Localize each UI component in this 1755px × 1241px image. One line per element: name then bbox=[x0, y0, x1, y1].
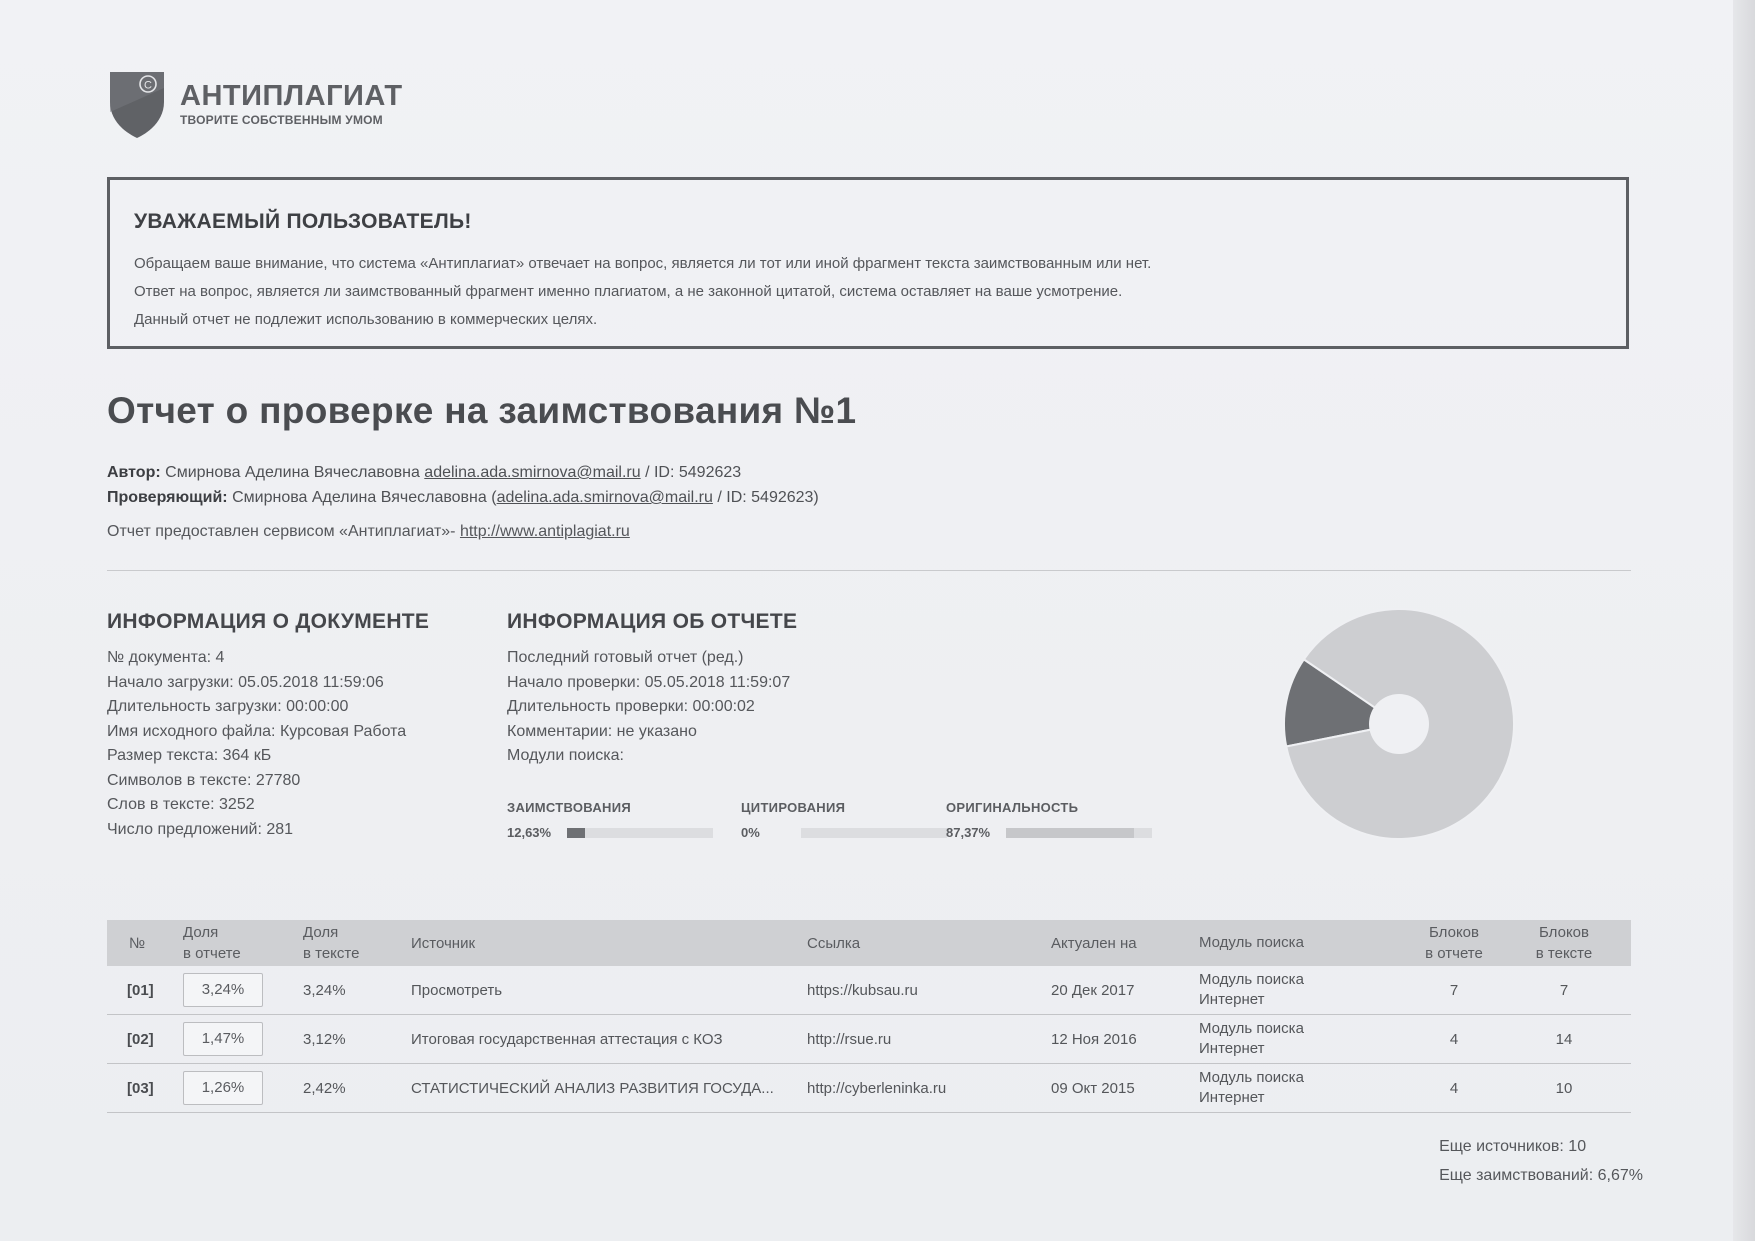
more-summary: Еще источников: 10 Еще заимствований: 6,… bbox=[1439, 1132, 1643, 1190]
search-module: Модуль поискаИнтернет bbox=[1199, 970, 1399, 1010]
blocks-in-text: 10 bbox=[1509, 1080, 1619, 1097]
stat-value: 12,63% bbox=[507, 825, 567, 840]
col-actual: Актуален на bbox=[1051, 935, 1199, 952]
service-text: Отчет предоставлен сервисом «Антиплагиат… bbox=[107, 523, 456, 540]
notice-line: Обращаем ваше внимание, что система «Ант… bbox=[134, 250, 1602, 278]
url-link[interactable]: http://rsue.ru bbox=[807, 1031, 1051, 1048]
svg-text:C: C bbox=[144, 80, 152, 92]
report-info-line: Модули поиска: bbox=[507, 744, 797, 769]
blocks-in-report: 7 bbox=[1399, 982, 1509, 999]
document-info-line: № документа: 4 bbox=[107, 646, 429, 671]
col-blocks-report: Блоковв отчете bbox=[1399, 922, 1509, 964]
stat-progress-fill bbox=[1006, 828, 1134, 838]
url-link[interactable]: http://cyberleninka.ru bbox=[807, 1080, 1051, 1097]
row-number: [03] bbox=[107, 1080, 183, 1097]
user-notice-box: УВАЖАЕМЫЙ ПОЛЬЗОВАТЕЛЬ! Обращаем ваше вн… bbox=[107, 177, 1629, 349]
logo-title: АНТИПЛАГИАТ bbox=[180, 81, 403, 111]
share-text: 2,42% bbox=[303, 1080, 411, 1097]
document-info-line: Размер текста: 364 кБ bbox=[107, 744, 429, 769]
report-page: C АНТИПЛАГИАТ ТВОРИТЕ СОБСТВЕННЫМ УМОМ У… bbox=[0, 0, 1755, 1241]
col-share-report: Доляв отчете bbox=[183, 922, 303, 964]
checker-line: Проверяющий: Смирнова Аделина Вячеславов… bbox=[107, 485, 819, 510]
sources-table: № Доляв отчете Доляв тексте Источник Ссы… bbox=[107, 920, 1631, 1113]
search-module: Модуль поискаИнтернет bbox=[1199, 1019, 1399, 1059]
more-sources: Еще источников: 10 bbox=[1439, 1132, 1643, 1161]
checker-email-link[interactable]: adelina.ada.smirnova@mail.ru bbox=[497, 489, 713, 506]
stat-label: ЦИТИРОВАНИЯ bbox=[741, 800, 947, 815]
actual-date: 12 Ноя 2016 bbox=[1051, 1031, 1199, 1048]
document-info-line: Длительность загрузки: 00:00:00 bbox=[107, 695, 429, 720]
share-report-box[interactable]: 1,26% bbox=[183, 1071, 263, 1105]
document-info-section: ИНФОРМАЦИЯ О ДОКУМЕНТЕ № документа: 4Нач… bbox=[107, 610, 429, 842]
notice-heading: УВАЖАЕМЫЙ ПОЛЬЗОВАТЕЛЬ! bbox=[134, 210, 1602, 234]
notice-line: Ответ на вопрос, является ли заимствован… bbox=[134, 278, 1602, 306]
checker-label: Проверяющий: bbox=[107, 489, 228, 506]
col-blocks-text: Блоковв тексте bbox=[1509, 922, 1619, 964]
table-row[interactable]: [02]1,47%3,12%Итоговая государственная а… bbox=[107, 1015, 1631, 1064]
notice-line: Данный отчет не подлежит использованию в… bbox=[134, 306, 1602, 334]
row-number: [01] bbox=[107, 982, 183, 999]
col-share-text: Доляв тексте bbox=[303, 922, 411, 964]
stat-1: ЦИТИРОВАНИЯ0% bbox=[741, 800, 947, 840]
share-report-box[interactable]: 1,47% bbox=[183, 1022, 263, 1056]
search-module: Модуль поискаИнтернет bbox=[1199, 1068, 1399, 1108]
service-line: Отчет предоставлен сервисом «Антиплагиат… bbox=[107, 523, 630, 541]
report-info-line: Комментарии: не указано bbox=[507, 720, 797, 745]
share-text: 3,24% bbox=[303, 982, 411, 999]
table-row[interactable]: [03]1,26%2,42%СТАТИСТИЧЕСКИЙ АНАЛИЗ РАЗВ… bbox=[107, 1064, 1631, 1113]
document-info-line: Имя исходного файла: Курсовая Работа bbox=[107, 720, 429, 745]
col-number: № bbox=[107, 935, 183, 952]
col-link: Ссылка bbox=[807, 935, 1051, 952]
stat-value: 87,37% bbox=[946, 825, 1006, 840]
checker-name: Смирнова Аделина Вячеславовна ( bbox=[232, 489, 496, 506]
originality-donut-chart bbox=[1283, 608, 1515, 840]
source-link[interactable]: СТАТИСТИЧЕСКИЙ АНАЛИЗ РАЗВИТИЯ ГОСУДА... bbox=[411, 1080, 807, 1097]
stat-label: ОРИГИНАЛЬНОСТЬ bbox=[946, 800, 1152, 815]
author-id: / ID: 5492623 bbox=[645, 464, 741, 481]
col-source: Источник bbox=[411, 935, 807, 952]
antiplagiat-logo: C АНТИПЛАГИАТ ТВОРИТЕ СОБСТВЕННЫМ УМОМ bbox=[108, 68, 403, 140]
document-info-line: Число предложений: 281 bbox=[107, 818, 429, 843]
report-info-line: Начало проверки: 05.05.2018 11:59:07 bbox=[507, 671, 797, 696]
author-line: Автор: Смирнова Аделина Вячеславовна ade… bbox=[107, 460, 819, 485]
document-info-heading: ИНФОРМАЦИЯ О ДОКУМЕНТЕ bbox=[107, 610, 429, 634]
report-info-section: ИНФОРМАЦИЯ ОБ ОТЧЕТЕ Последний готовый о… bbox=[507, 610, 797, 769]
report-info-line: Последний готовый отчет (ред.) bbox=[507, 646, 797, 671]
copyright-shield-icon: C bbox=[108, 68, 166, 140]
report-info-line: Длительность проверки: 00:00:02 bbox=[507, 695, 797, 720]
donut-hole bbox=[1369, 694, 1429, 754]
actual-date: 09 Окт 2015 bbox=[1051, 1080, 1199, 1097]
stat-progress-bar bbox=[567, 828, 713, 838]
blocks-in-report: 4 bbox=[1399, 1031, 1509, 1048]
logo-subtitle: ТВОРИТЕ СОБСТВЕННЫМ УМОМ bbox=[180, 113, 403, 127]
blocks-in-report: 4 bbox=[1399, 1080, 1509, 1097]
stat-label: ЗАИМСТВОВАНИЯ bbox=[507, 800, 713, 815]
share-text: 3,12% bbox=[303, 1031, 411, 1048]
stat-2: ОРИГИНАЛЬНОСТЬ87,37% bbox=[946, 800, 1152, 840]
report-title: Отчет о проверке на заимствования №1 bbox=[107, 390, 856, 432]
author-name: Смирнова Аделина Вячеславовна bbox=[165, 464, 420, 481]
stat-progress-fill bbox=[567, 828, 585, 838]
table-row[interactable]: [01]3,24%3,24%Просмотретьhttps://kubsau.… bbox=[107, 966, 1631, 1015]
stat-progress-bar bbox=[1006, 828, 1152, 838]
source-link[interactable]: Итоговая государственная аттестация с КО… bbox=[411, 1031, 807, 1048]
actual-date: 20 Дек 2017 bbox=[1051, 982, 1199, 999]
more-borrowings: Еще заимствований: 6,67% bbox=[1439, 1161, 1643, 1190]
col-module: Модуль поиска bbox=[1199, 933, 1399, 953]
report-meta: Автор: Смирнова Аделина Вячеславовна ade… bbox=[107, 460, 819, 510]
stat-0: ЗАИМСТВОВАНИЯ12,63% bbox=[507, 800, 713, 840]
section-divider bbox=[107, 570, 1631, 571]
report-info-heading: ИНФОРМАЦИЯ ОБ ОТЧЕТЕ bbox=[507, 610, 797, 634]
url-link[interactable]: https://kubsau.ru bbox=[807, 982, 1051, 999]
checker-id: / ID: 5492623) bbox=[717, 489, 818, 506]
blocks-in-text: 14 bbox=[1509, 1031, 1619, 1048]
document-info-line: Слов в тексте: 3252 bbox=[107, 793, 429, 818]
share-report-box[interactable]: 3,24% bbox=[183, 973, 263, 1007]
row-number: [02] bbox=[107, 1031, 183, 1048]
document-info-line: Начало загрузки: 05.05.2018 11:59:06 bbox=[107, 671, 429, 696]
source-link[interactable]: Просмотреть bbox=[411, 982, 807, 999]
author-label: Автор: bbox=[107, 464, 161, 481]
stat-value: 0% bbox=[741, 825, 801, 840]
stat-progress-bar bbox=[801, 828, 947, 838]
paper-edge bbox=[1733, 0, 1755, 1241]
author-email-link[interactable]: adelina.ada.smirnova@mail.ru bbox=[424, 464, 640, 481]
service-link[interactable]: http://www.antiplagiat.ru bbox=[460, 523, 630, 540]
document-info-line: Символов в тексте: 27780 bbox=[107, 769, 429, 794]
blocks-in-text: 7 bbox=[1509, 982, 1619, 999]
table-header: № Доляв отчете Доляв тексте Источник Ссы… bbox=[107, 920, 1631, 966]
